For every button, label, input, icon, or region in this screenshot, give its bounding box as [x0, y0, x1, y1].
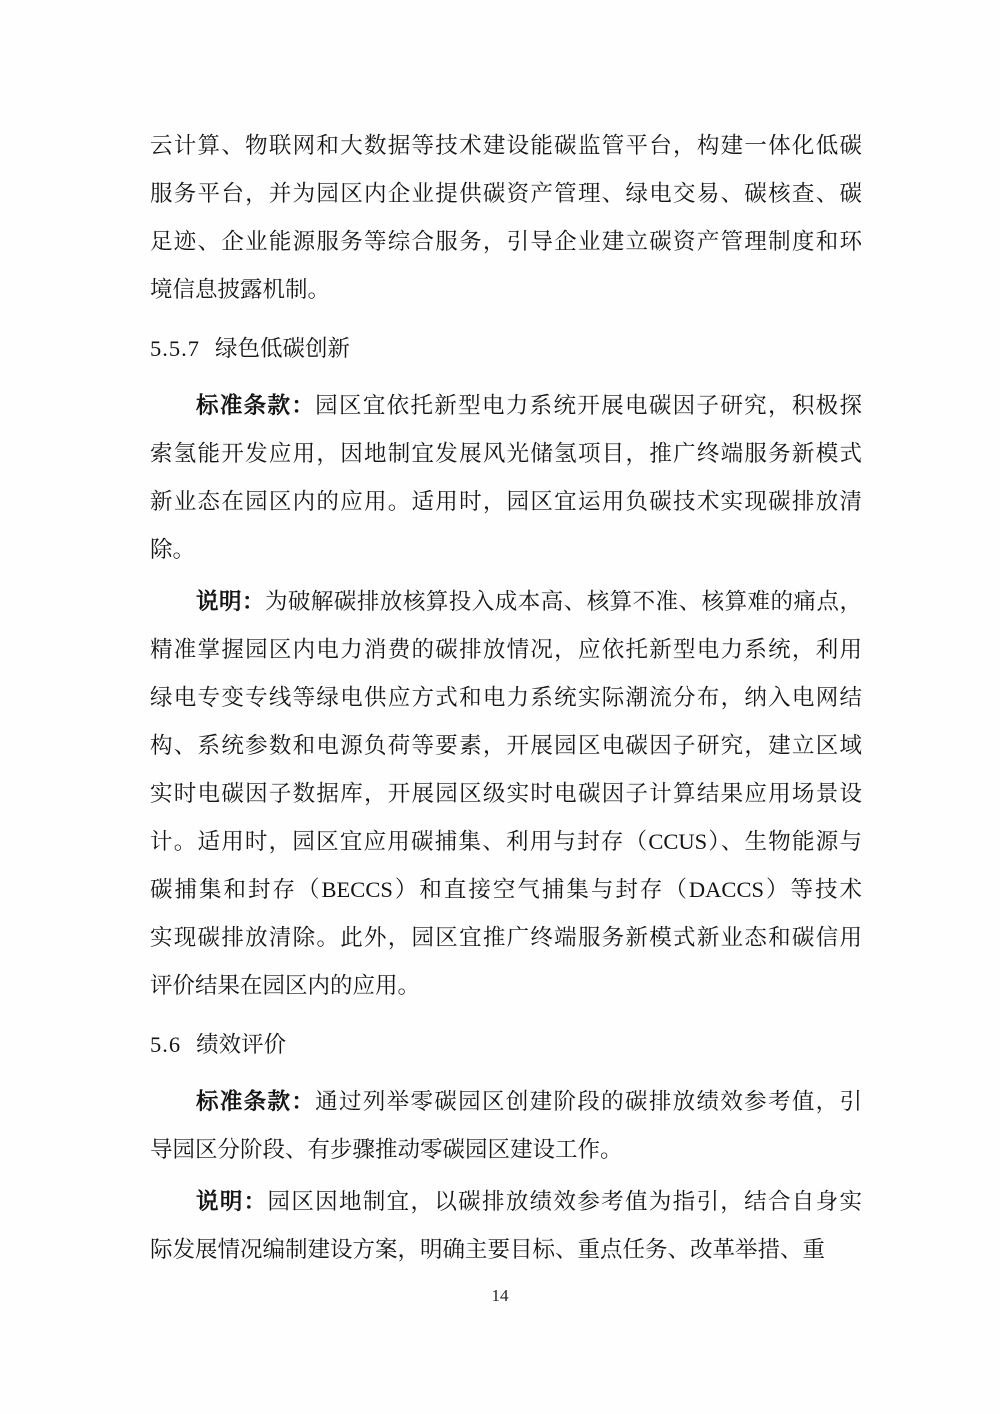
page-number: 14 — [0, 1284, 1000, 1308]
paragraph: 标准条款：园区宜依托新型电力系统开展电碳因子研究，积极探索氢能开发应用，因地制宜… — [150, 382, 862, 574]
text-line: 实现碳排放清除。此外，园区宜推广终端服务新模式新业态和碳信用 — [150, 914, 862, 962]
text-line: 除。 — [150, 526, 862, 574]
section-number: 5.6 — [150, 1032, 181, 1057]
text-line: 构、系统参数和电源负荷等要素，开展园区电碳因子研究，建立区域 — [150, 722, 862, 770]
section-title: 绩效评价 — [196, 1032, 286, 1057]
paragraph: 说明：园区因地制宜，以碳排放绩效参考值为指引，结合自身实际发展情况编制建设方案，… — [150, 1178, 862, 1274]
text-line: 说明：园区因地制宜，以碳排放绩效参考值为指引，结合自身实 — [150, 1178, 862, 1226]
text-line: 绿电专变专线等绿电供应方式和电力系统实际潮流分布，纳入电网结 — [150, 674, 862, 722]
section-heading: 5.6绩效评价 — [150, 1021, 862, 1069]
text-line: 说明：为破解碳排放核算投入成本高、核算不准、核算难的痛点， — [150, 578, 862, 626]
paragraph-label: 标准条款： — [196, 393, 315, 418]
paragraph: 标准条款：通过列举零碳园区创建阶段的碳排放绩效参考值，引导园区分阶段、有步骤推动… — [150, 1078, 862, 1174]
text-line: 际发展情况编制建设方案，明确主要目标、重点任务、改革举措、重 — [150, 1226, 862, 1274]
text-line: 计。适用时，园区宜应用碳捕集、利用与封存（CCUS）、生物能源与 — [150, 818, 862, 866]
section-heading: 5.5.7绿色低碳创新 — [150, 325, 862, 373]
paragraph: 云计算、物联网和大数据等技术建设能碳监管平台，构建一体化低碳服务平台，并为园区内… — [150, 122, 862, 314]
paragraph-label: 说明： — [196, 589, 265, 614]
section-title: 绿色低碳创新 — [215, 336, 350, 361]
document-page: 云计算、物联网和大数据等技术建设能碳监管平台，构建一体化低碳服务平台，并为园区内… — [0, 0, 1000, 1414]
text-line: 评价结果在园区内的应用。 — [150, 962, 862, 1010]
body-text: 云计算、物联网和大数据等技术建设能碳监管平台，构建一体化低碳服务平台，并为园区内… — [150, 122, 862, 1278]
section-number: 5.5.7 — [150, 336, 200, 361]
text-line: 足迹、企业能源服务等综合服务，引导企业建立碳资产管理制度和环 — [150, 218, 862, 266]
text-line: 境信息披露机制。 — [150, 266, 862, 314]
text-line: 实时电碳因子数据库，开展园区级实时电碳因子计算结果应用场景设 — [150, 770, 862, 818]
paragraph: 说明：为破解碳排放核算投入成本高、核算不准、核算难的痛点，精准掌握园区内电力消费… — [150, 578, 862, 1010]
text-line: 标准条款：通过列举零碳园区创建阶段的碳排放绩效参考值，引 — [150, 1078, 862, 1126]
text-line: 导园区分阶段、有步骤推动零碳园区建设工作。 — [150, 1126, 862, 1174]
text-line: 标准条款：园区宜依托新型电力系统开展电碳因子研究，积极探 — [150, 382, 862, 430]
paragraph-label: 说明： — [196, 1189, 268, 1214]
text-line: 服务平台，并为园区内企业提供碳资产管理、绿电交易、碳核查、碳 — [150, 170, 862, 218]
text-line: 索氢能开发应用，因地制宜发展风光储氢项目，推广终端服务新模式 — [150, 430, 862, 478]
text-line: 精准掌握园区内电力消费的碳排放情况，应依托新型电力系统，利用 — [150, 626, 862, 674]
paragraph-label: 标准条款： — [196, 1089, 315, 1114]
text-line: 云计算、物联网和大数据等技术建设能碳监管平台，构建一体化低碳 — [150, 122, 862, 170]
text-line: 新业态在园区内的应用。适用时，园区宜运用负碳技术实现碳排放清 — [150, 478, 862, 526]
text-line: 碳捕集和封存（BECCS）和直接空气捕集与封存（DACCS）等技术 — [150, 866, 862, 914]
